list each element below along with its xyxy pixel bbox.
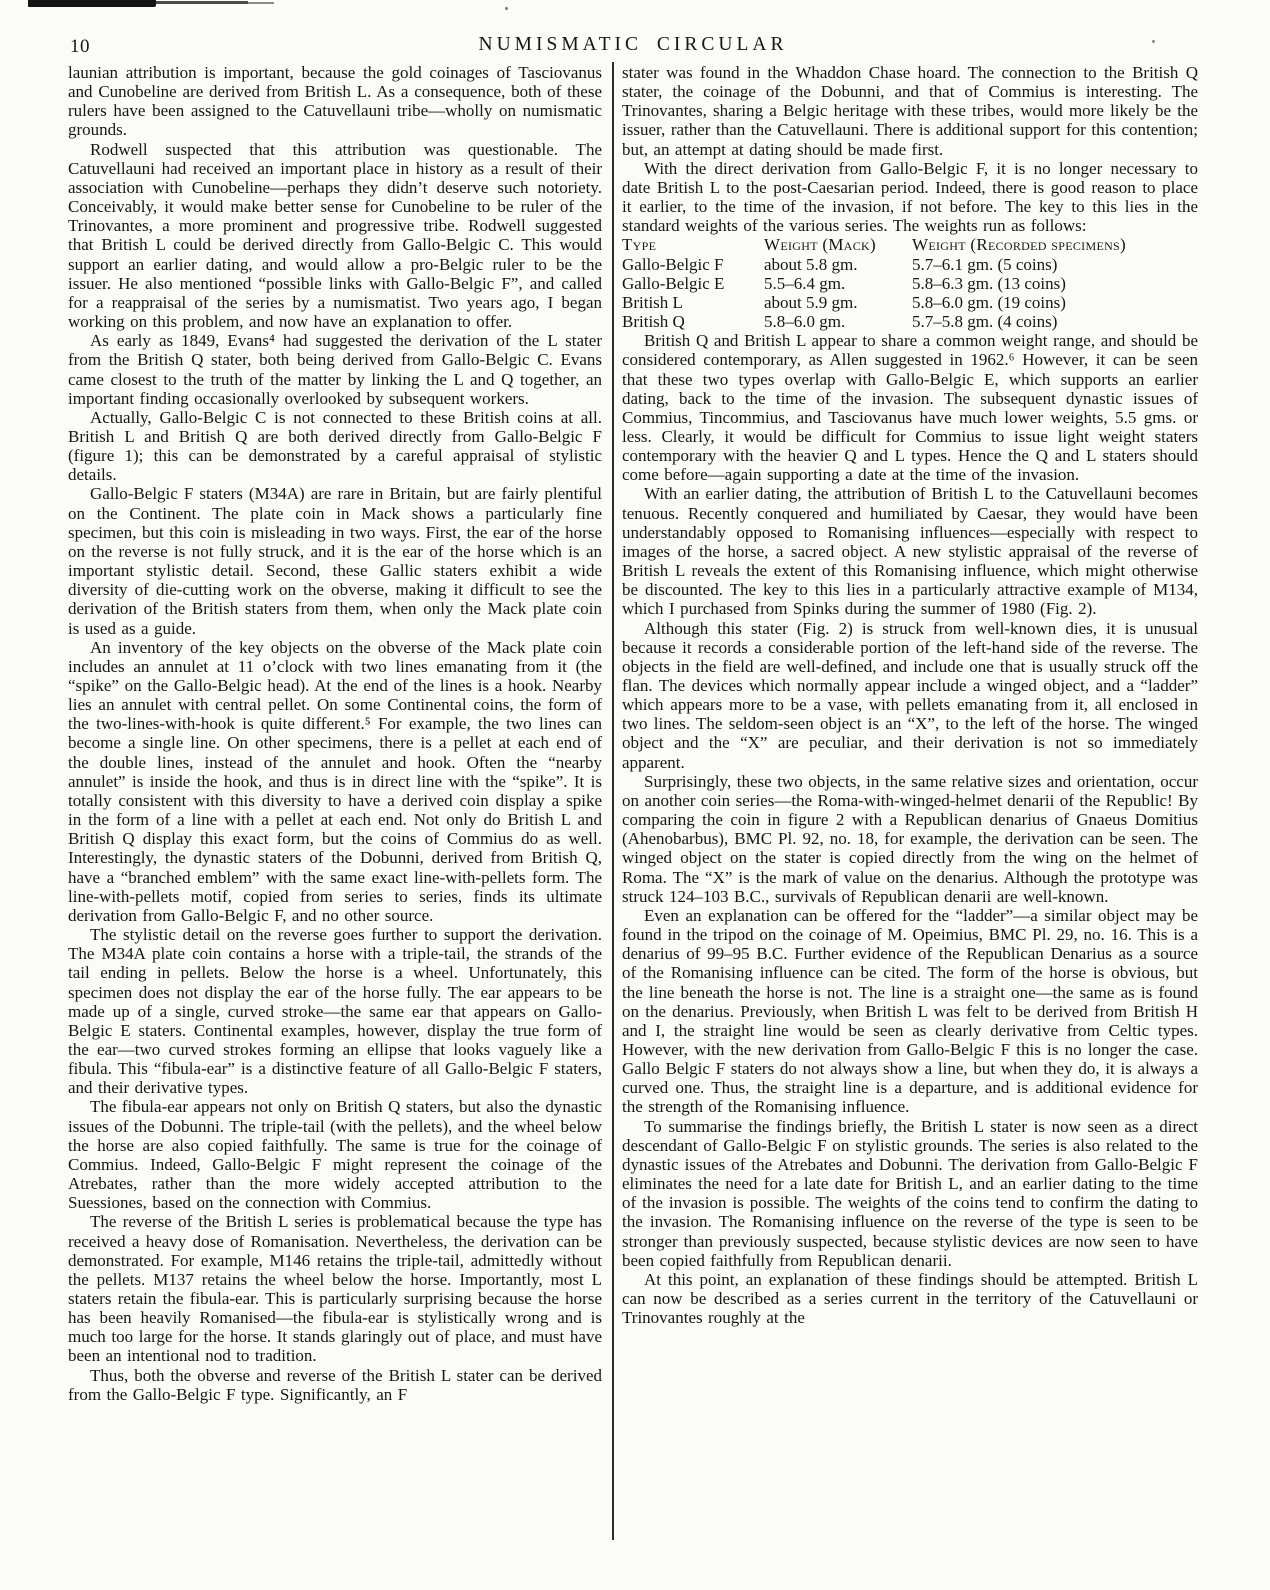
right-column: stater was found in the Whaddon Chase ho… bbox=[622, 63, 1198, 1327]
left-column: launian attribution is important, becaus… bbox=[68, 63, 602, 1404]
paragraph: Gallo-Belgic F staters (M34A) are rare i… bbox=[68, 484, 602, 637]
table-cell: 5.8–6.3 gm. (13 coins) bbox=[912, 274, 1198, 293]
table-cell: about 5.8 gm. bbox=[764, 255, 912, 274]
table-cell: British L bbox=[622, 293, 764, 312]
paragraph: Even an explanation can be offered for t… bbox=[622, 906, 1198, 1117]
table-cell: 5.7–6.1 gm. (5 coins) bbox=[912, 255, 1198, 274]
paragraph: Although this stater (Fig. 2) is struck … bbox=[622, 619, 1198, 772]
paragraph: Actually, Gallo-Belgic C is not connecte… bbox=[68, 408, 602, 485]
scan-artifact bbox=[248, 2, 274, 4]
paragraph: The stylistic detail on the reverse goes… bbox=[68, 925, 602, 1097]
table-header-cell: Weight (Mack) bbox=[764, 235, 912, 254]
weights-table: TypeWeight (Mack)Weight (Recorded specim… bbox=[622, 235, 1198, 331]
paragraph: The fibula-ear appears not only on Briti… bbox=[68, 1097, 602, 1212]
paragraph: At this point, an explanation of these f… bbox=[622, 1270, 1198, 1327]
scan-artifact bbox=[156, 1, 248, 4]
paragraph: British Q and British L appear to share … bbox=[622, 331, 1198, 484]
paragraph: To summarise the findings briefly, the B… bbox=[622, 1117, 1198, 1270]
table-cell: British Q bbox=[622, 312, 764, 331]
table-cell: Gallo-Belgic E bbox=[622, 274, 764, 293]
column-divider bbox=[612, 62, 614, 1540]
paragraph: As early as 1849, Evans⁴ had suggested t… bbox=[68, 331, 602, 408]
paragraph: The reverse of the British L series is p… bbox=[68, 1212, 602, 1365]
scan-artifact bbox=[28, 0, 156, 7]
table-cell: 5.5–6.4 gm. bbox=[764, 274, 912, 293]
table-cell: 5.8–6.0 gm. bbox=[764, 312, 912, 331]
paragraph: With the direct derivation from Gallo-Be… bbox=[622, 159, 1198, 236]
table-cell: about 5.9 gm. bbox=[764, 293, 912, 312]
page-header: 10 NUMISMATIC CIRCULAR bbox=[68, 34, 1198, 60]
paragraph: Rodwell suspected that this attribution … bbox=[68, 140, 602, 332]
table-header-cell: Type bbox=[622, 235, 764, 254]
paragraph: launian attribution is important, becaus… bbox=[68, 63, 602, 140]
scan-artifact bbox=[505, 7, 508, 10]
table-cell: Gallo-Belgic F bbox=[622, 255, 764, 274]
table-cell: 5.8–6.0 gm. (19 coins) bbox=[912, 293, 1198, 312]
table-header-cell: Weight (Recorded specimens) bbox=[912, 235, 1198, 254]
paragraph: stater was found in the Whaddon Chase ho… bbox=[622, 63, 1198, 159]
paragraph: With an earlier dating, the attribution … bbox=[622, 484, 1198, 618]
paragraph: An inventory of the key objects on the o… bbox=[68, 638, 602, 925]
page-title: NUMISMATIC CIRCULAR bbox=[68, 34, 1198, 56]
paragraph: Thus, both the obverse and reverse of th… bbox=[68, 1366, 602, 1404]
paragraph: Surprisingly, these two objects, in the … bbox=[622, 772, 1198, 906]
table-cell: 5.7–5.8 gm. (4 coins) bbox=[912, 312, 1198, 331]
journal-page: 10 NUMISMATIC CIRCULAR launian attributi… bbox=[0, 0, 1270, 1590]
